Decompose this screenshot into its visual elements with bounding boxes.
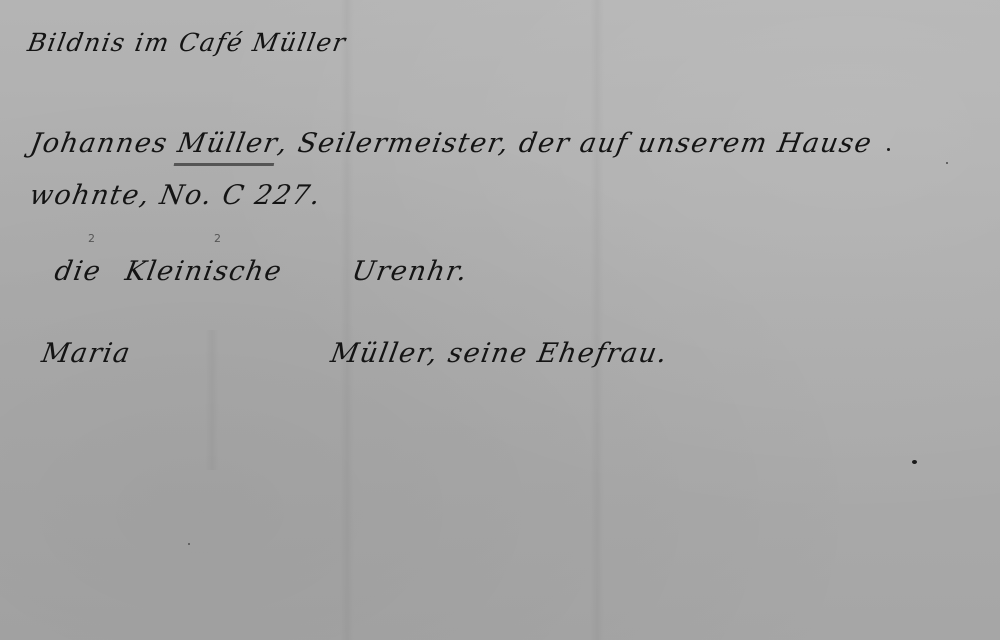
paper-fold-mark	[590, 0, 604, 640]
card-heading: Bildnis im Café Müller	[25, 28, 348, 57]
entry-first-name: Johannes	[28, 128, 171, 159]
entry-spouse-first-name: Maria	[39, 338, 133, 369]
entry-family-name: Kleinische	[123, 256, 285, 287]
entry-relation: Urenhr.	[350, 256, 471, 287]
index-card: Bildnis im Café Müller Johannes Müller, …	[0, 0, 1000, 640]
entry-occupation: , Seilermeister, der auf unserem Hause	[275, 128, 875, 159]
ink-speck	[188, 543, 190, 545]
ink-speck	[912, 460, 917, 464]
entry-line-4: Maria Müller, seine Ehefrau.	[39, 338, 670, 369]
ink-speck	[946, 162, 948, 164]
entry-line-2: wohnte, No. C 227.	[27, 180, 324, 211]
entry-line-3: die Kleinische Urenhr.	[52, 256, 470, 287]
entry-spouse-description: Müller, seine Ehefrau.	[328, 338, 670, 369]
ink-speck	[887, 148, 890, 151]
entry-surname-underlined: Müller	[174, 128, 281, 166]
entry-article: die	[52, 256, 104, 287]
superscript-marker: 2	[214, 232, 221, 245]
paper-fold-mark	[340, 0, 354, 640]
superscript-marker: 2	[88, 232, 95, 245]
entry-line-1: Johannes Müller, Seilermeister, der auf …	[27, 128, 875, 166]
